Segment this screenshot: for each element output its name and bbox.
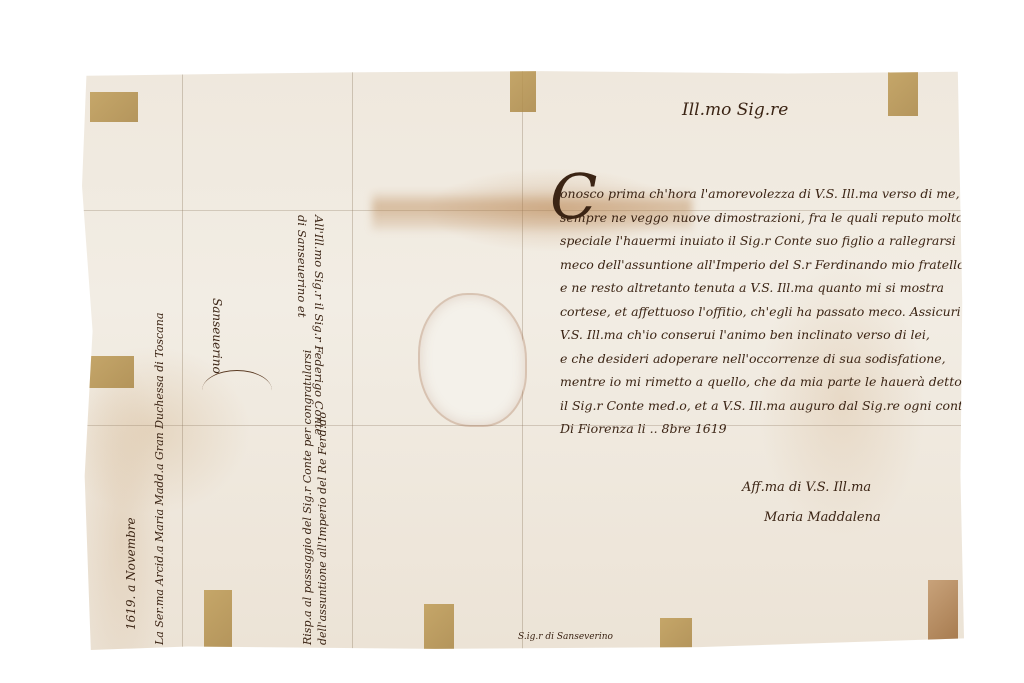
docket-note: La Ser.ma Arcid.a Maria Madd.a Gran Duch… [152,313,168,645]
docket-date: 1619. a Novembre [124,517,138,630]
body-line: e ne resto altretanto tenuta a V.S. Ill.… [560,276,1013,300]
body-line: sempre ne veggo nuove dimostrazioni, fra… [560,206,1013,230]
address-city: Sanseuerino [210,298,224,374]
tape-piece [928,580,958,644]
body-line: meco dell'assuntione all'Imperio del S.r… [560,253,1013,277]
signature: Maria Maddalena [764,510,881,525]
fold-line [352,70,353,650]
closing: Aff.ma di V.S. Ill.ma [742,480,871,495]
tape-piece [510,66,536,112]
tape-piece [424,604,454,650]
fold-line [182,70,183,650]
pen-flourish [202,370,272,411]
docket-line: dell'assuntione all'Imperio del Re Ferd.… [315,350,330,645]
body-line: V.S. Ill.ma ch'io conserui l'animo ben i… [560,323,1013,347]
tape-piece [82,356,134,388]
docket-line: Risp.a al passaggio del Sig.r Conte per … [300,350,315,645]
tape-piece [204,590,232,650]
docket-line: La Ser.ma Arcid.a Maria Madd.a Gran Duch… [152,313,168,645]
tape-piece [90,92,138,122]
paper-damage-hole [420,295,525,425]
body-line: mentre io mi rimetto a quello, che da mi… [560,370,1013,394]
dateline: Di Fiorenza li .. 8bre 1619 [560,417,1013,441]
tape-piece [660,618,692,650]
letter-body: onosco prima ch'hora l'amorevolezza di V… [560,182,1013,441]
tape-piece [888,70,918,116]
body-line: onosco prima ch'hora l'amorevolezza di V… [560,182,1013,206]
body-line: e che desideri adoperare nell'occorrenze… [560,347,1013,371]
salutation: Ill.mo Sig.re [682,100,788,120]
bottom-note: S.ig.r di Sanseverino [518,632,613,642]
letter-sheet: Ill.mo Sig.re C onosco prima ch'hora l'a… [82,70,964,650]
body-line: il Sig.r Conte med.o, et a V.S. Ill.ma a… [560,394,1013,418]
docket-summary: Risp.a al passaggio del Sig.r Conte per … [300,350,330,645]
body-line: speciale l'hauermi inuiato il Sig.r Cont… [560,229,1013,253]
body-line: cortese, et affettuoso l'offitio, ch'egl… [560,300,1013,324]
